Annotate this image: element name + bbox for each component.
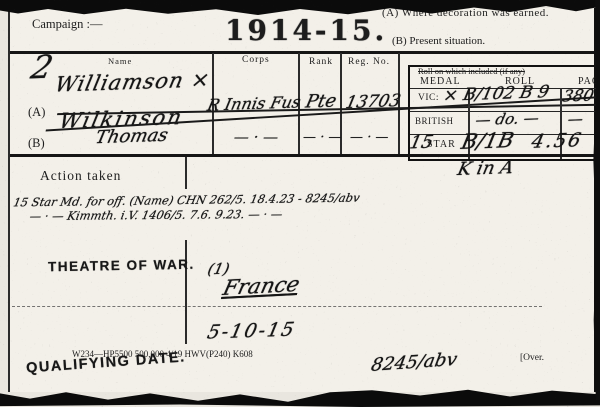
campaign-year: 1914-15. (225, 14, 387, 47)
medal-label-british: BRITISH (415, 116, 454, 126)
dotted-rule (12, 306, 542, 307)
medal-label-vic: VIC: (418, 93, 439, 103)
theatre-divider (185, 240, 187, 344)
corps-value: R Innis Fus (206, 92, 303, 114)
column-header-rank: Rank (309, 57, 333, 67)
action-line-1: 15 Star Md. for off. (Name) CHN 262/5. 1… (12, 191, 361, 210)
medal-index-card: (A) Where decoration was earned. Campaig… (8, 8, 597, 392)
column-header-corps: Corps (242, 55, 270, 65)
british-page-value: — (566, 110, 585, 129)
theatre-of-war-stamp: THEATRE OF WAR. (48, 257, 195, 275)
reg-no-ditto: — · — (349, 130, 390, 145)
medal-roll-table: Roll on which included (if any) MEDAL RO… (408, 65, 598, 161)
note-present-situation: (B) Present situation. (392, 35, 485, 47)
vic-roll-value: × B/102 B 9 (441, 82, 551, 106)
column-header-reg-no: Reg. No. (348, 57, 390, 67)
rank-value: Pte (304, 90, 339, 112)
british-roll-value: — do. — (474, 109, 541, 129)
row-b-label: (B) (28, 136, 45, 151)
over-label: [Over. (520, 353, 544, 363)
reference-number: 8245/abv (369, 349, 458, 376)
action-divider (185, 157, 187, 189)
campaign-label: Campaign :— (32, 17, 102, 32)
row-a-label: (A) (28, 105, 45, 120)
medal-label-star: STAR (427, 139, 456, 150)
reg-no-value: 13703 (344, 91, 403, 113)
star-page-value: 4.56 (529, 129, 584, 153)
action-line-2: — · — Kimmth. i.V. 1406/5. 7.6. 9.23. — … (28, 207, 284, 223)
surname-main: Williamson × (53, 67, 213, 96)
first-name: Thomas (93, 125, 170, 148)
star-roll-value: B/1B (459, 128, 516, 154)
corps-ditto: — · — (232, 128, 279, 146)
rule-top (10, 51, 594, 54)
vic-page-value: 380 (561, 85, 596, 105)
theatre-entry-france: France (221, 272, 302, 300)
column-header-name: Name (108, 56, 132, 66)
action-taken-label: Action taken (40, 168, 121, 184)
qualifying-date-value: 5-10-15 (205, 318, 298, 343)
killed-in-action-note: K in A (456, 157, 516, 180)
rank-ditto: — · — (302, 130, 343, 145)
struck-roll-header: Roll on which included (if any) (418, 66, 525, 76)
